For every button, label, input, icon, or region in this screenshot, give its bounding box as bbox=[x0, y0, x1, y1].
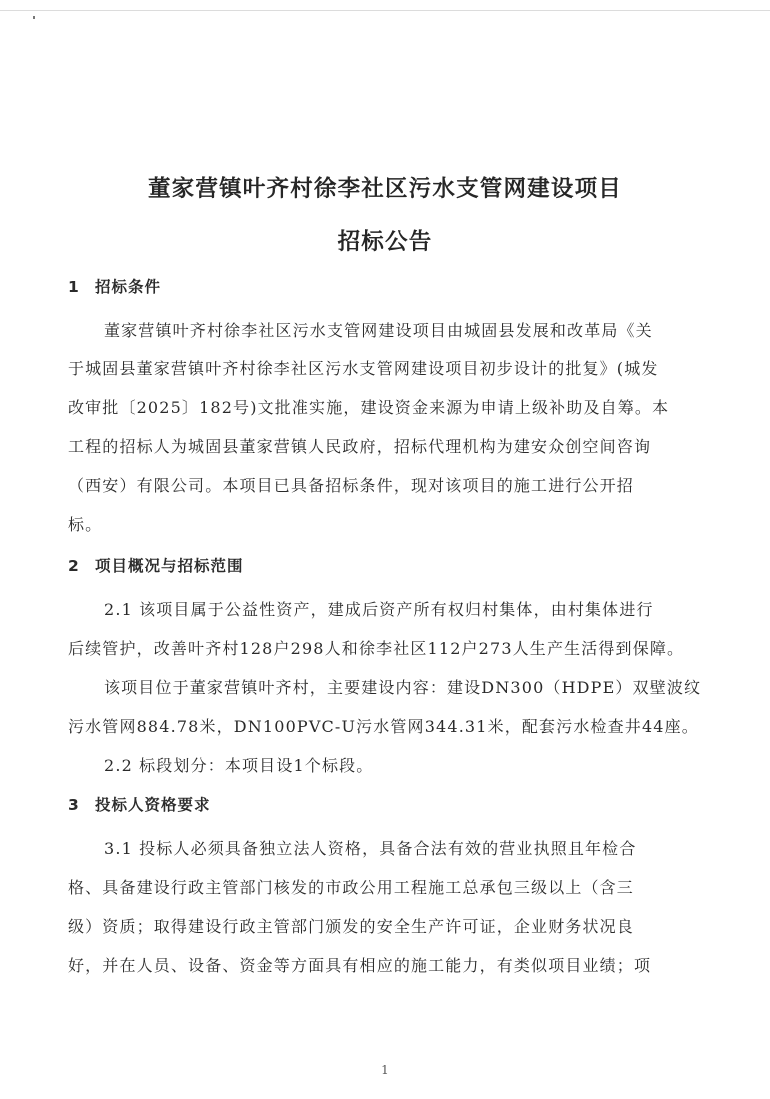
section-title: 招标条件 bbox=[95, 278, 161, 296]
scan-edge-line bbox=[0, 10, 770, 11]
paragraph-line: 2.2 标段划分：本项目设1个标段。 bbox=[104, 753, 738, 776]
section-title: 项目概况与招标范围 bbox=[95, 557, 244, 575]
section-title: 投标人资格要求 bbox=[95, 796, 211, 814]
paragraph-line: 2.1 该项目属于公益性资产，建成后资产所有权归村集体，由村集体进行 bbox=[104, 597, 738, 620]
paragraph-line: 工程的招标人为城固县董家营镇人民政府，招标代理机构为建安众创空间咨询 bbox=[68, 434, 702, 457]
paragraph-line: 3.1 投标人必须具备独立法人资格，具备合法有效的营业执照且年检合 bbox=[104, 836, 738, 859]
section-number: 1 bbox=[68, 278, 95, 296]
paragraph-line: 后续管护，改善叶齐村128户298人和徐李社区112户273人生产生活得到保障。 bbox=[68, 636, 702, 659]
paragraph-line: 于城固县董家营镇叶齐村徐李社区污水支管网建设项目初步设计的批复》(城发 bbox=[68, 356, 702, 379]
section-2-heading: 2项目概况与招标范围 bbox=[68, 554, 244, 576]
paragraph-line: （西安）有限公司。本项目已具备招标条件，现对该项目的施工进行公开招 bbox=[68, 473, 702, 496]
document-title: 董家营镇叶齐村徐李社区污水支管网建设项目 bbox=[0, 171, 770, 203]
paragraph-line: 好，并在人员、设备、资金等方面具有相应的施工能力，有类似项目业绩；项 bbox=[68, 953, 702, 976]
paragraph-line: 董家营镇叶齐村徐李社区污水支管网建设项目由城固县发展和改革局《关 bbox=[104, 318, 738, 341]
paragraph-line: 改审批〔2025〕182号)文批准实施，建设资金来源为申请上级补助及自筹。本 bbox=[68, 395, 702, 418]
paragraph-line: 该项目位于董家营镇叶齐村，主要建设内容：建设DN300（HDPE）双壁波纹 bbox=[104, 675, 738, 698]
document-subtitle: 招标公告 bbox=[0, 224, 770, 256]
paragraph-line: 污水管网884.78米，DN100PVC-U污水管网344.31米，配套污水检查… bbox=[68, 714, 702, 737]
section-number: 3 bbox=[68, 796, 95, 814]
paragraph-line: 标。 bbox=[68, 512, 702, 535]
paragraph-line: 级）资质；取得建设行政主管部门颁发的安全生产许可证，企业财务状况良 bbox=[68, 914, 702, 937]
paragraph-line: 格、具备建设行政主管部门核发的市政公用工程施工总承包三级以上（含三 bbox=[68, 875, 702, 898]
section-1-heading: 1招标条件 bbox=[68, 275, 161, 297]
page-number: 1 bbox=[0, 1063, 770, 1077]
section-number: 2 bbox=[68, 557, 95, 575]
scan-speck bbox=[33, 16, 35, 19]
section-3-heading: 3投标人资格要求 bbox=[68, 793, 211, 815]
